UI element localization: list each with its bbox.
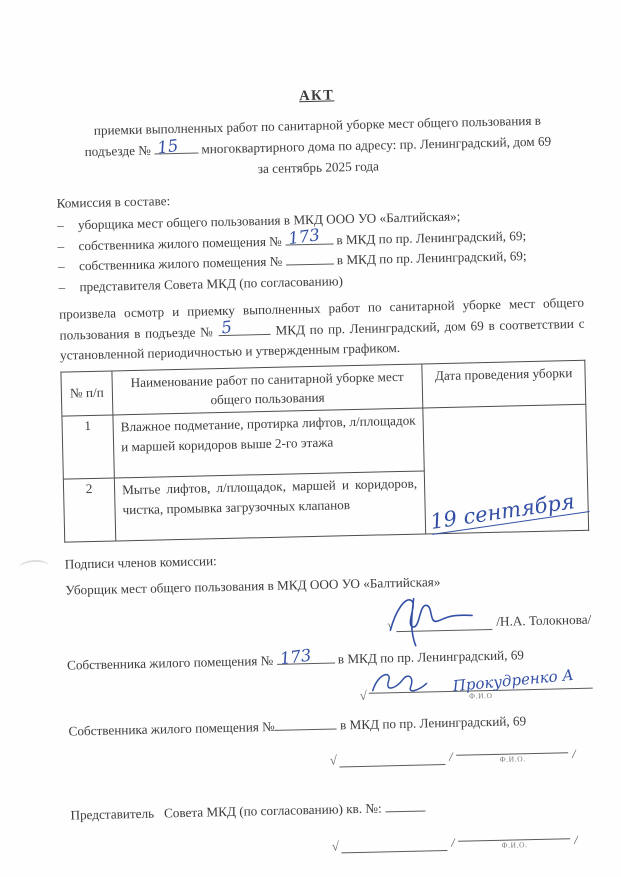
owner2-fio-block: Ф.И.О.: [456, 736, 569, 765]
member-text-pre: собственника жилого помещения №: [79, 254, 283, 274]
intro-paragraph: приемки выполненных работ по санитарной …: [55, 109, 581, 184]
member-text-post: в МКД по пр. Ленинградский, 69;: [337, 248, 527, 267]
owner1-apartment-blank: 173: [276, 650, 334, 665]
fio-label: Ф.И.О: [469, 692, 493, 701]
list-dash: –: [57, 215, 69, 236]
intro-line2-post: многоквартирного дома по адресу: пр. Лен…: [201, 133, 551, 156]
entrance-number-blank-2: 5: [219, 320, 271, 335]
representative-apartment-blank: [385, 798, 425, 813]
fio-label: Ф.И.О.: [500, 755, 526, 764]
owner2-label-post: в МКД по пр. Ленинградский, 69: [340, 713, 526, 732]
cleaner-signature-row: √ /Н.А. Толокнова/: [66, 611, 591, 640]
owner2-fio-line: [456, 736, 568, 756]
apartment-number-blank: 173: [285, 230, 333, 245]
entrance-number-handwriting: 15: [156, 135, 179, 158]
representative-signature-row: √ / Ф.И.О. /: [71, 822, 582, 860]
table-row: 1 Влажное подметание, протирка лифтов, л…: [62, 404, 587, 479]
list-dash: –: [58, 277, 70, 298]
list-dash: –: [57, 236, 69, 257]
cleaner-signature-label: Уборщик мест общего пользования в МКД ОО…: [65, 569, 590, 601]
tick-mark: √: [330, 753, 338, 769]
owner1-apartment-handwriting: 173: [278, 646, 312, 670]
list-dash: –: [58, 256, 70, 277]
commission-list: – уборщика мест общего пользования в МКД…: [57, 204, 584, 298]
header-date: Дата проведения уборки: [422, 360, 586, 408]
document-content: АКТ приемки выполненных работ по санитар…: [0, 0, 621, 877]
tick-mark: √: [332, 839, 340, 855]
cleaner-printed-name: /Н.А. Толокнова/: [496, 612, 591, 630]
row-number: 1: [62, 415, 114, 479]
owner2-apartment-blank: [275, 716, 337, 731]
representative-label-word1: Представитель: [70, 806, 154, 823]
apartment-number-blank-empty: [285, 250, 333, 265]
works-table: № п/п Наименование работ по санитарной у…: [60, 359, 589, 542]
representative-label-word2: Совета МКД (по согласованию) кв. №:: [164, 801, 382, 821]
owner1-name-handwriting: Прокудренко А: [452, 666, 575, 695]
owner1-signature-scribble-icon: [364, 665, 445, 697]
member-text-post: в МКД по пр. Ленинградский, 69;: [336, 228, 526, 247]
row-number: 2: [63, 478, 115, 542]
owner1-label-post: в МКД по пр. Ленинградский, 69: [338, 647, 524, 666]
representative-fio-line: [458, 822, 570, 842]
work-description: Влажное подметание, протирка лифтов, л/п…: [113, 408, 424, 478]
intro-line3: за сентябрь 2025 года: [258, 158, 379, 176]
apartment-number-handwriting: 173: [287, 225, 321, 249]
representative-label: Представитель Совета МКД (по согласовани…: [70, 794, 595, 826]
owner2-signature-line: [339, 748, 445, 767]
cleaning-date-handwriting: 19 сентября: [429, 487, 590, 535]
signatures-heading: Подписи членов комиссии:: [65, 545, 590, 573]
cleaner-signature-line: [396, 613, 492, 632]
owner2-label-pre: Собственника жилого помещения №: [68, 719, 275, 739]
member-text-pre: собственника жилого помещения №: [78, 233, 282, 253]
owner1-signature-block: Прокудренко А Ф.И.О: [368, 672, 593, 703]
slash-separator: /: [574, 832, 580, 848]
intro-line2-pre: подъезде №: [84, 143, 151, 159]
header-work-name: Наименование работ по санитарной уборке …: [112, 363, 423, 415]
cleaner-signature-scribble-icon: [384, 592, 477, 638]
representative-fio-block: Ф.И.О.: [458, 822, 571, 851]
scanned-act-page: АКТ приемки выполненных работ по санитар…: [0, 0, 621, 877]
entrance-number-handwriting-2: 5: [220, 317, 233, 339]
entrance-number-blank: 15: [154, 140, 198, 155]
owner1-signature-row: √ Прокудренко А Ф.И.О: [67, 672, 592, 710]
fio-label: Ф.И.О.: [502, 841, 528, 850]
intro-line1: приемки выполненных работ по санитарной …: [94, 113, 541, 138]
representative-signature-line: [341, 834, 447, 853]
owner1-label-pre: Собственника жилого помещения №: [67, 653, 274, 673]
owner2-signature-row: √ / Ф.И.О. /: [69, 736, 580, 774]
slash-separator: /: [450, 835, 456, 851]
slash-separator: /: [448, 749, 454, 765]
slash-separator: /: [572, 746, 578, 762]
owner1-signature-line: Прокудренко А: [368, 672, 592, 694]
inspection-paragraph: произвела осмотр и приемку выполненных р…: [59, 293, 585, 366]
header-num: № п/п: [61, 371, 113, 417]
cleaning-date-cell: 19 сентября: [423, 404, 589, 534]
work-description: Мытье лифтов, л/площадок, маршей и корид…: [114, 471, 425, 541]
act-title: АКТ: [54, 82, 579, 111]
